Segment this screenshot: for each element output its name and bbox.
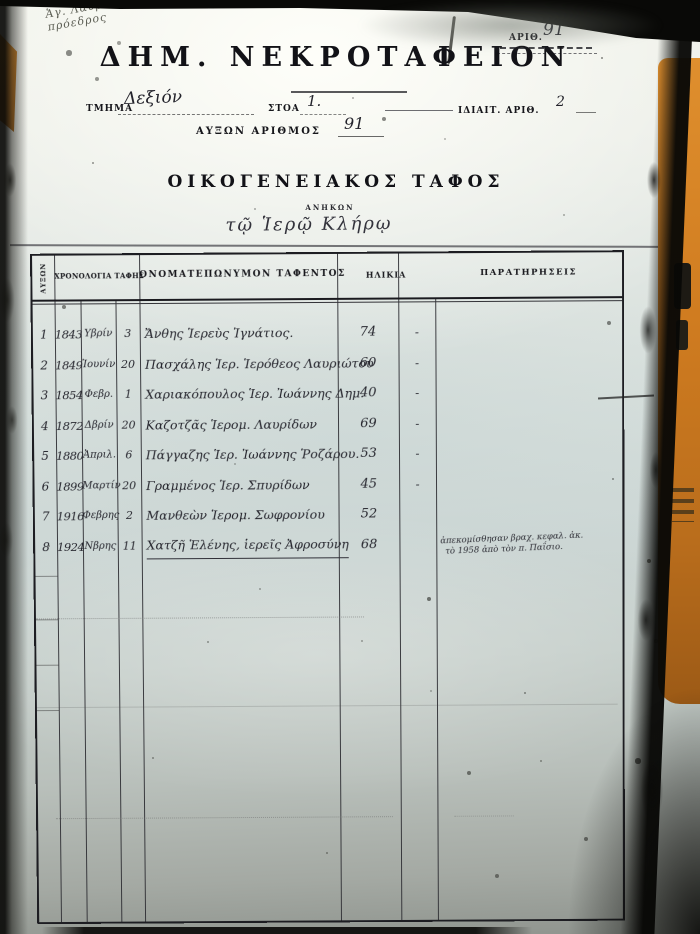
tmima-value: Δεξιόν: [124, 87, 183, 109]
cell-day: 20: [117, 471, 141, 501]
cell-dash: -: [399, 408, 436, 439]
cell-name: Καζοτζᾶς Ἱερομ. Λαυρίδων: [145, 409, 317, 440]
faint-rule: [454, 815, 513, 817]
table-row: 21849Ἰουνίν20Πασχάλης Ἱερ. Ἱερόθεος Λαυρ…: [33, 346, 622, 380]
stoa-value: 1.: [307, 92, 321, 110]
top-shadow: [318, 2, 668, 54]
cell-year: 1843: [55, 319, 81, 350]
cell-month: Νβρης: [83, 531, 118, 561]
cell-name: Χατζῆ Ἑλένης, ἱερεῖς Ἀφροσύνη: [147, 530, 349, 559]
cell-no: 5: [34, 441, 56, 471]
cell-day: 11: [118, 531, 142, 561]
cell-year: 1849: [55, 350, 81, 381]
cell-name: Γραμμένος Ἱερ. Σπυρίδων: [146, 470, 310, 501]
index-col-tick: [37, 710, 59, 711]
photo-of-cemetery-register: Ἁγ. Λαυρίου πρόεδρος ΑΡΙΘ. 91 ΔΗΜ. ΝΕΚΡΟ…: [0, 0, 700, 934]
cell-day: 1: [116, 380, 140, 410]
cell-age: 52: [338, 499, 399, 530]
index-col-tick: [35, 576, 57, 577]
cell-dash: -: [399, 469, 436, 499]
cell-day: 20: [116, 410, 140, 440]
cell-name: Μανθεὼν Ἱερομ. Σωφρονίου: [146, 500, 325, 531]
cell-name: Ἄνθης Ἱερεὺς Ἰγνάτιος.: [145, 318, 294, 349]
serial-label: ΑΥΞΩΝ ΑΡΙΘΜΟΣ: [196, 126, 321, 137]
cell-month: Μαρτίν: [82, 471, 117, 501]
cell-month: Δβρίν: [82, 410, 117, 441]
cell-no: 7: [35, 502, 57, 532]
cell-year: 1880: [56, 441, 82, 471]
cell-no: 1: [33, 320, 55, 351]
idiait-value: 2: [556, 94, 565, 110]
cell-no: 3: [33, 380, 55, 410]
cell-dash: -: [398, 348, 435, 379]
idiait-underline: [576, 112, 596, 113]
cell-age: 60: [338, 348, 399, 379]
cell-month: Ἀπριλ.: [82, 441, 117, 471]
cell-month: Ἰουνίν: [81, 350, 116, 381]
cell-age: 68: [339, 530, 400, 561]
table-rows: 11843Υβρίν3Ἄνθης Ἱερεὺς Ἰγνάτιος.74-2184…: [32, 252, 623, 922]
blank-rule: [385, 110, 453, 111]
cell-no: 4: [34, 411, 56, 441]
cell-dash: -: [398, 317, 435, 348]
table-row: 41872Δβρίν20Καζοτζᾶς Ἱερομ. Λαυρίδων69-: [34, 407, 623, 441]
serial-underline: [338, 136, 384, 137]
table-row: 81924Νβρης11Χατζῆ Ἑλένης, ἱερεῖς Ἀφροσύν…: [35, 528, 622, 562]
cell-day: 6: [117, 440, 141, 470]
cell-year: 1924: [57, 532, 83, 562]
tmima-underline: [118, 114, 254, 115]
bottom-right-shadow: [550, 654, 700, 934]
cell-year: 1872: [56, 411, 82, 441]
cell-name: Πάγγαζης Ἱερ. Ἰωάννης Ῥοζάρου.: [146, 439, 360, 471]
cell-month: Φεβρης: [82, 501, 117, 531]
cell-age: 74: [337, 317, 398, 348]
cell-dash: -: [399, 439, 436, 470]
index-col-tick: [36, 665, 58, 666]
cell-day: 2: [117, 501, 141, 531]
idiait-label: ΙΔΙΑΙΤ. ΑΡΙΘ.: [458, 106, 540, 116]
table-row: 11843Υβρίν3Ἄνθης Ἱερεὺς Ἰγνάτιος.74-: [33, 316, 622, 350]
stoa-label: ΣΤΟΑ: [268, 104, 300, 114]
register-table: ΑΥΞΩΝ ΧΡΟΝΟΛΟΓΙΑ ΤΑΦΗΣ ΟΝΟΜΑΤΕΠΩΝΥΜΟΝ ΤΑ…: [30, 250, 625, 924]
table-row: 31854Φεβρ.1Χαριακόπουλος Ἱερ. Ἰωάννης Δη…: [33, 377, 622, 411]
cell-no: 6: [34, 471, 56, 501]
cell-year: 1916: [57, 501, 83, 531]
cell-year: 1899: [56, 471, 82, 501]
cell-age: 53: [338, 439, 399, 470]
table-row: 61899Μαρτίν20Γραμμένος Ἱερ. Σπυρίδων45-: [34, 468, 622, 502]
cell-no: 8: [35, 532, 57, 562]
cell-age: 69: [338, 409, 399, 440]
cell-day: 20: [116, 349, 140, 380]
cell-name: Χαριακόπουλος Ἱερ. Ἰωάννης Δημ.: [145, 378, 364, 410]
cell-age: 45: [338, 469, 399, 500]
cell-day: 3: [116, 319, 140, 350]
table-row: 71916Φεβρης2Μανθεὼν Ἱερομ. Σωφρονίου52: [35, 498, 623, 532]
index-col-tick: [36, 619, 58, 620]
family-tomb-title: ΟΙΚΟΓΕΝΕΙΑΚΟΣ ΤΑΦΟΣ: [0, 172, 672, 192]
serial-number-line: ΑΥΞΩΝ ΑΡΙΘΜΟΣ 91: [196, 119, 321, 143]
serial-value: 91: [344, 114, 364, 133]
cell-month: Φεβρ.: [81, 380, 116, 411]
left-edge-smudges: [0, 120, 26, 640]
table-row: 51880Ἀπριλ.6Πάγγαζης Ἱερ. Ἰωάννης Ῥοζάρο…: [34, 438, 622, 472]
cell-age: 40: [338, 378, 399, 409]
cell-year: 1854: [55, 380, 81, 411]
dust-speckles: [0, 0, 2, 2]
stoa-underline: [300, 114, 346, 115]
cell-dash: -: [399, 378, 436, 409]
cell-no: 2: [33, 350, 55, 381]
cell-month: Υβρίν: [81, 319, 116, 350]
